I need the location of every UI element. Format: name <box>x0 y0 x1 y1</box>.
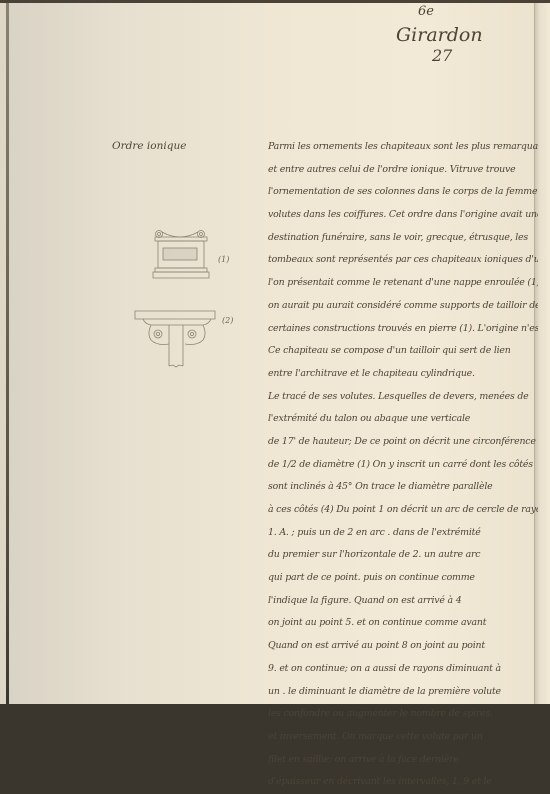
text-line: Le tracé de ses volutes. Lesquelles de d… <box>268 386 538 409</box>
figure-label-2: (2) <box>222 316 233 325</box>
text-line: 1. A. ; puis un de 2 en arc . dans de l'… <box>268 522 538 545</box>
header-mark: 6e <box>418 4 434 19</box>
text-line: Quand on est arrivé au point 8 on joint … <box>268 635 538 658</box>
text-line: sont inclinés à 45° On trace le diamètre… <box>268 476 538 499</box>
manuscript-body: Parmi les ornements les chapiteaux sont … <box>268 136 538 704</box>
text-line: certaines constructions trouvés en pierr… <box>268 318 538 341</box>
text-line: destination funéraire, sans le voir, gre… <box>268 227 538 250</box>
scanned-manuscript: 6e Girardon 27 Ordre ionique (1) <box>0 0 550 704</box>
text-line: à ces côtés (4) Du point 1 on décrit un … <box>268 499 538 522</box>
text-line: l'ornementation de ses colonnes dans le … <box>268 181 538 204</box>
text-line: un . le diminuant le diamètre de la prem… <box>268 681 538 704</box>
text-line: qui part de ce point. puis on continue c… <box>268 567 538 590</box>
text-line: volutes dans les coiffures. Cet ordre da… <box>268 204 538 227</box>
text-line: on aurait pu aurait considéré comme supp… <box>268 295 538 318</box>
text-line: entre l'architrave et le chapiteau cylin… <box>268 363 538 386</box>
text-line: Parmi les ornements les chapiteaux sont … <box>268 136 538 159</box>
text-line: tombeaux sont représentés par ces chapit… <box>268 249 538 272</box>
text-line: l'on présentait comme le retenant d'une … <box>268 272 538 295</box>
text-line: on joint au point 5. et on continue comm… <box>268 612 538 635</box>
text-line: l'extrémité du talon ou abaque une verti… <box>268 408 538 431</box>
text-line: Ce chapiteau se compose d'un tailloir qu… <box>268 340 538 363</box>
text-line: de 17' de hauteur; De ce point on décrit… <box>268 431 538 454</box>
ionic-capital-front-sketch <box>150 226 212 284</box>
book-gutter <box>6 3 9 704</box>
ionic-capital-section-sketch <box>133 310 219 368</box>
header-author-name: Girardon <box>396 24 483 46</box>
text-line: de 1/2 de diamètre (1) On y inscrit un c… <box>268 454 538 477</box>
text-line: et entre autres celui de l'ordre ionique… <box>268 159 538 182</box>
text-line: 9. et on continue; on a aussi de rayons … <box>268 658 538 681</box>
figure-label-1: (1) <box>218 255 229 264</box>
text-line: du premier sur l'horizontale de 2. un au… <box>268 544 538 567</box>
text-line: l'indique la figure. Quand on est arrivé… <box>268 590 538 613</box>
page-number: 27 <box>432 46 452 65</box>
margin-title: Ordre ionique <box>112 140 186 152</box>
